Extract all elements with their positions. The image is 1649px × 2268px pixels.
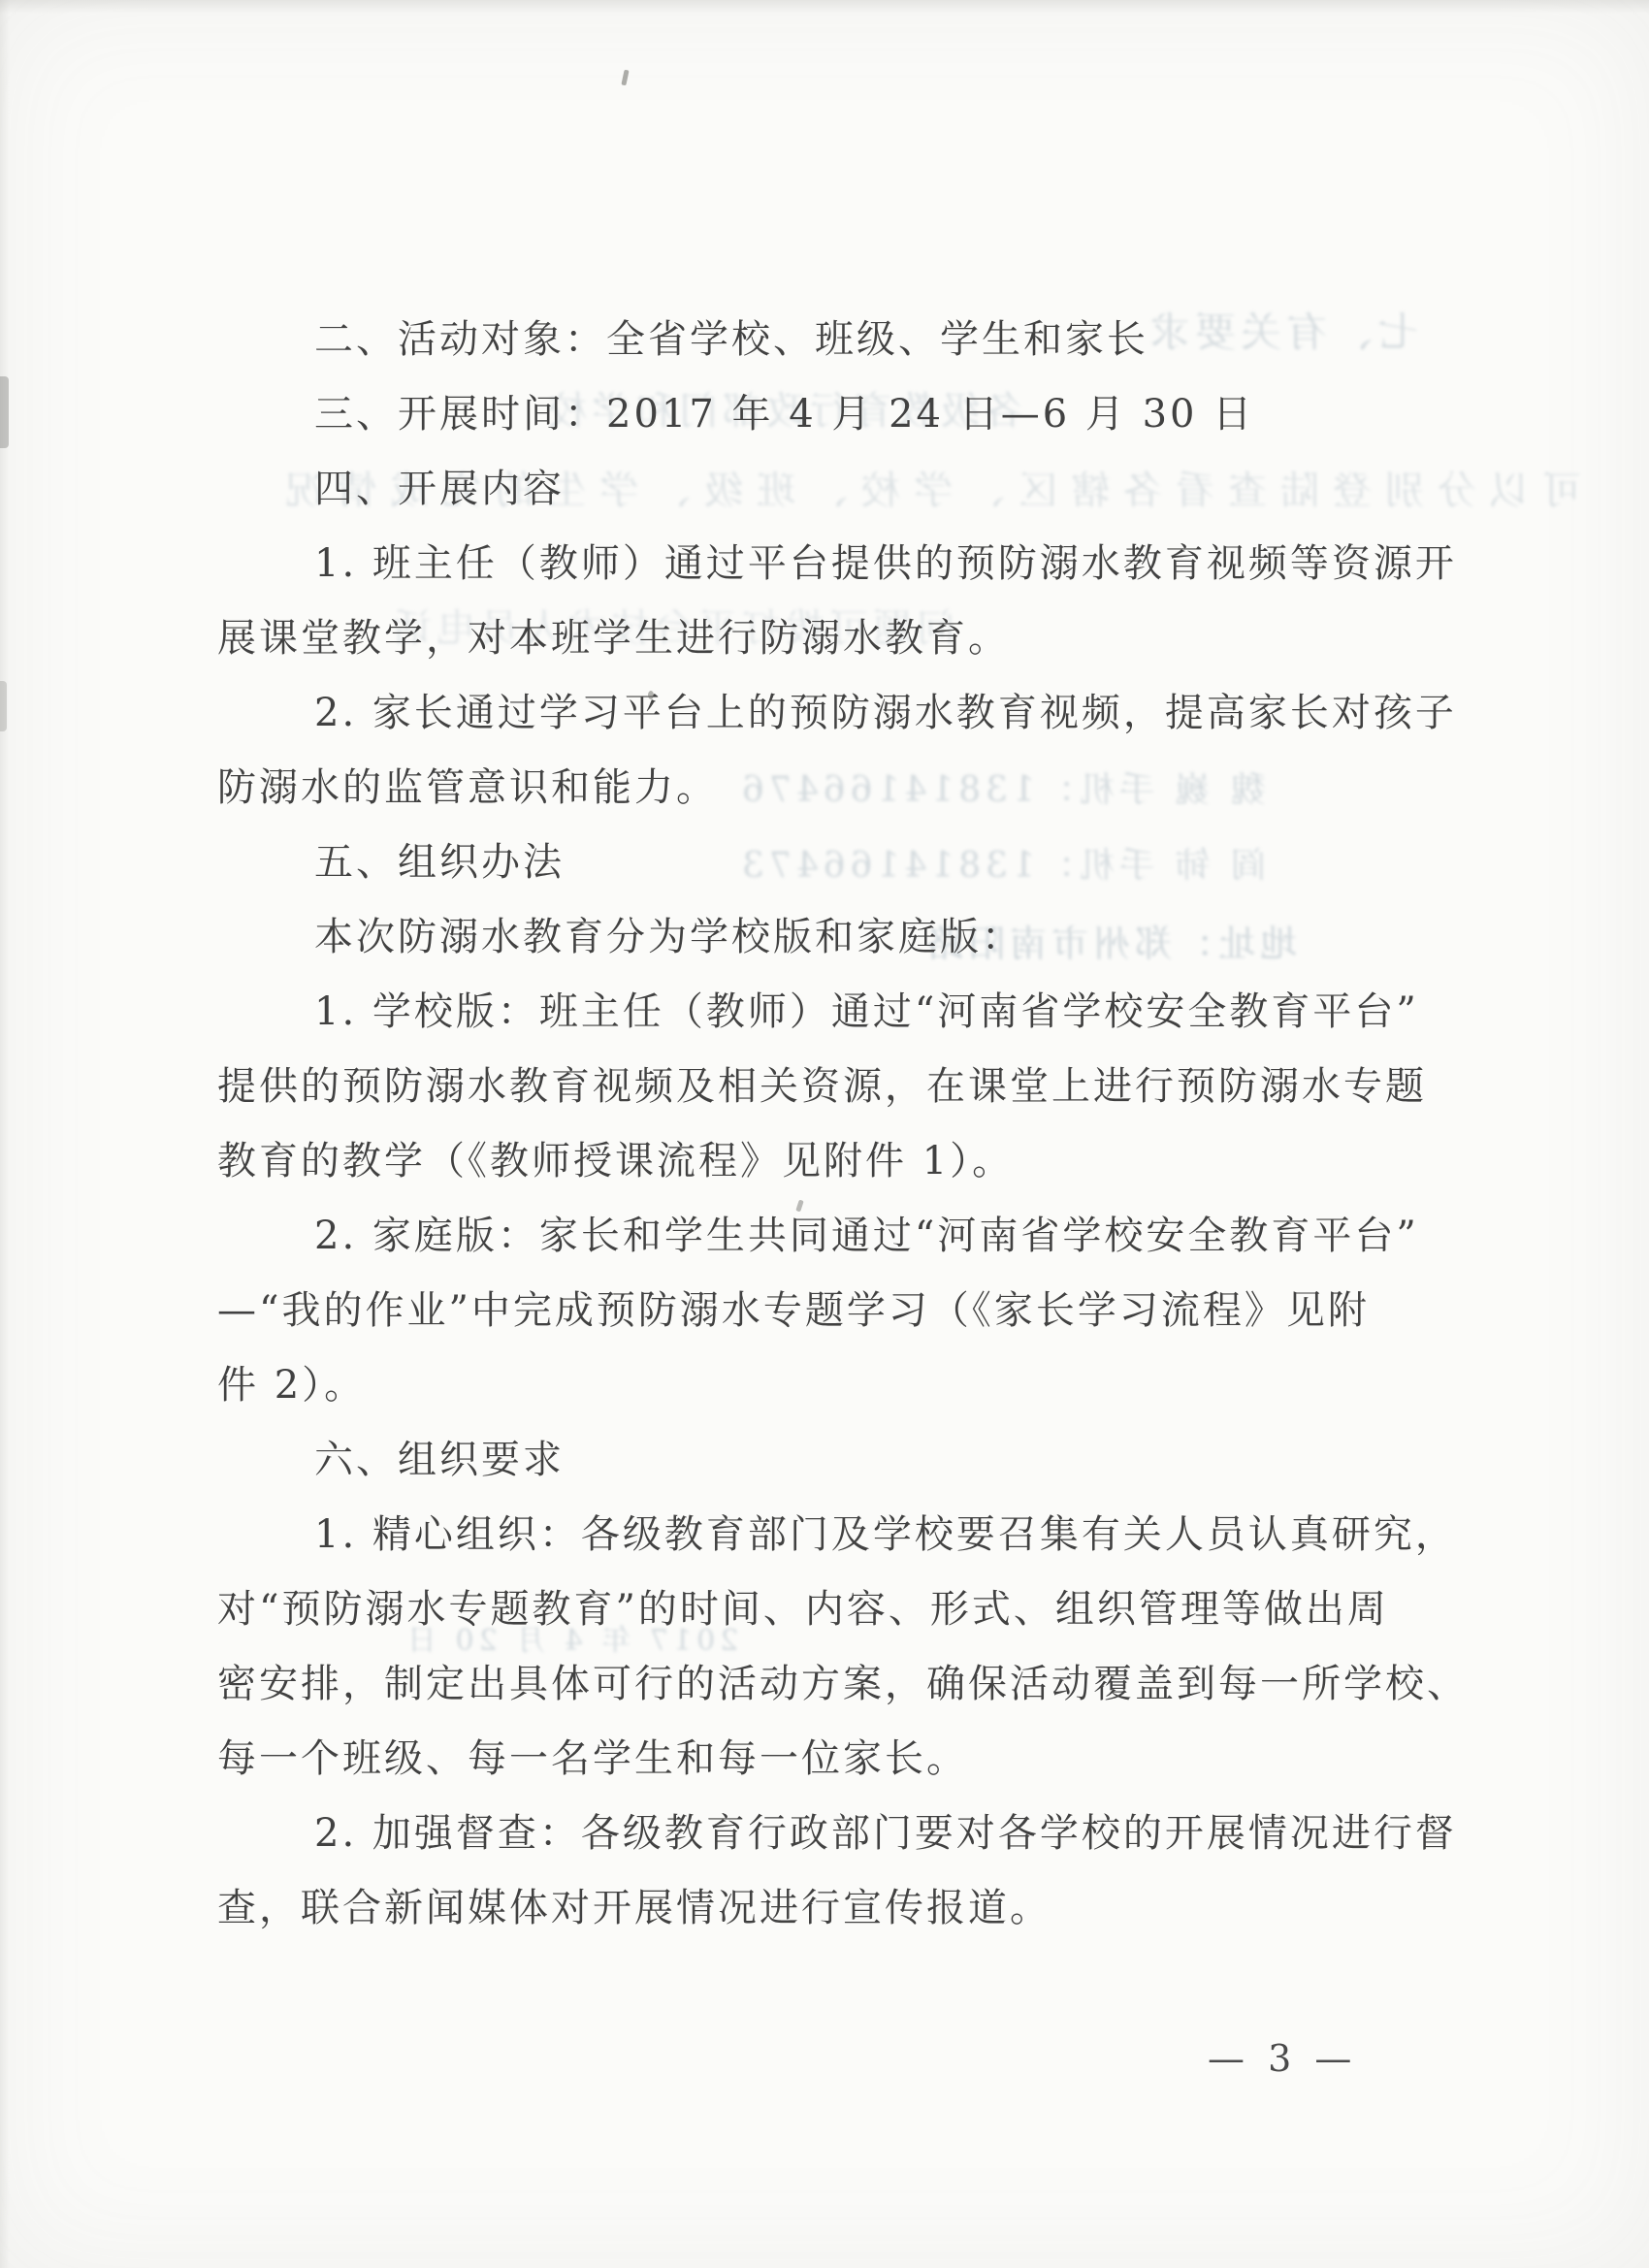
scan-edge-shading-top xyxy=(0,0,1649,14)
text-line-section6-heading: 六、组织要求 xyxy=(217,1423,1436,1498)
scan-speck xyxy=(648,691,654,699)
text-line: 每一个班级、每一名学生和每一位家长。 xyxy=(217,1722,1436,1797)
text-line-section4-heading: 四、开展内容 xyxy=(217,452,1436,527)
text-line: 展课堂教学，对本班学生进行防溺水教育。 xyxy=(217,601,1436,676)
text-line: 2. 家庭版：家长和学生共同通过“河南省学校安全教育平台” xyxy=(217,1199,1436,1274)
text-line: 查，联合新闻媒体对开展情况进行宣传报道。 xyxy=(217,1871,1436,1946)
scanned-document-page: 七、有关要求 各级教育行政部门和学校 可以分别登陆查看各辖区、学校、班级、学生的… xyxy=(0,0,1649,2268)
scan-speck xyxy=(0,376,9,448)
text-line: 2. 加强督查：各级教育行政部门要对各学校的开展情况进行督 xyxy=(217,1797,1436,1871)
text-line: 防溺水的监管意识和能力。 xyxy=(217,751,1436,826)
text-line: 本次防溺水教育分为学校版和家庭版： xyxy=(217,900,1436,975)
document-body: 二、活动对象：全省学校、班级、学生和家长 三、开展时间：2017 年 4 月 2… xyxy=(217,303,1436,1946)
scan-edge-shading-left xyxy=(0,0,10,2268)
scan-speck xyxy=(0,681,7,731)
text-line: 教育的教学（《教师授课流程》见附件 1）。 xyxy=(217,1124,1436,1199)
text-line-activity-target: 二、活动对象：全省学校、班级、学生和家长 xyxy=(217,303,1436,377)
text-line: 对“预防溺水专题教育”的时间、内容、形式、组织管理等做出周 xyxy=(217,1572,1436,1647)
text-line: 提供的预防溺水教育视频及相关资源，在课堂上进行预防溺水专题 xyxy=(217,1050,1436,1124)
text-line-activity-time: 三、开展时间：2017 年 4 月 24 日—6 月 30 日 xyxy=(217,377,1436,452)
text-line: 1. 班主任（教师）通过平台提供的预防溺水教育视频等资源开 xyxy=(217,527,1436,601)
text-line: 2. 家长通过学习平台上的预防溺水教育视频，提高家长对孩子 xyxy=(217,676,1436,751)
text-line: 密安排，制定出具体可行的活动方案，确保活动覆盖到每一所学校、 xyxy=(217,1647,1436,1722)
text-line: 件 2）。 xyxy=(217,1348,1436,1423)
text-line: —“我的作业”中完成预防溺水专题学习（《家长学习流程》见附 xyxy=(217,1274,1436,1348)
page-number: — 3 — xyxy=(1208,2037,1357,2080)
text-line: 1. 精心组织：各级教育部门及学校要召集有关人员认真研究， xyxy=(217,1498,1436,1572)
scan-speck xyxy=(621,70,629,86)
text-line: 1. 学校版：班主任（教师）通过“河南省学校安全教育平台” xyxy=(217,975,1436,1050)
text-line-section5-heading: 五、组织办法 xyxy=(217,826,1436,900)
